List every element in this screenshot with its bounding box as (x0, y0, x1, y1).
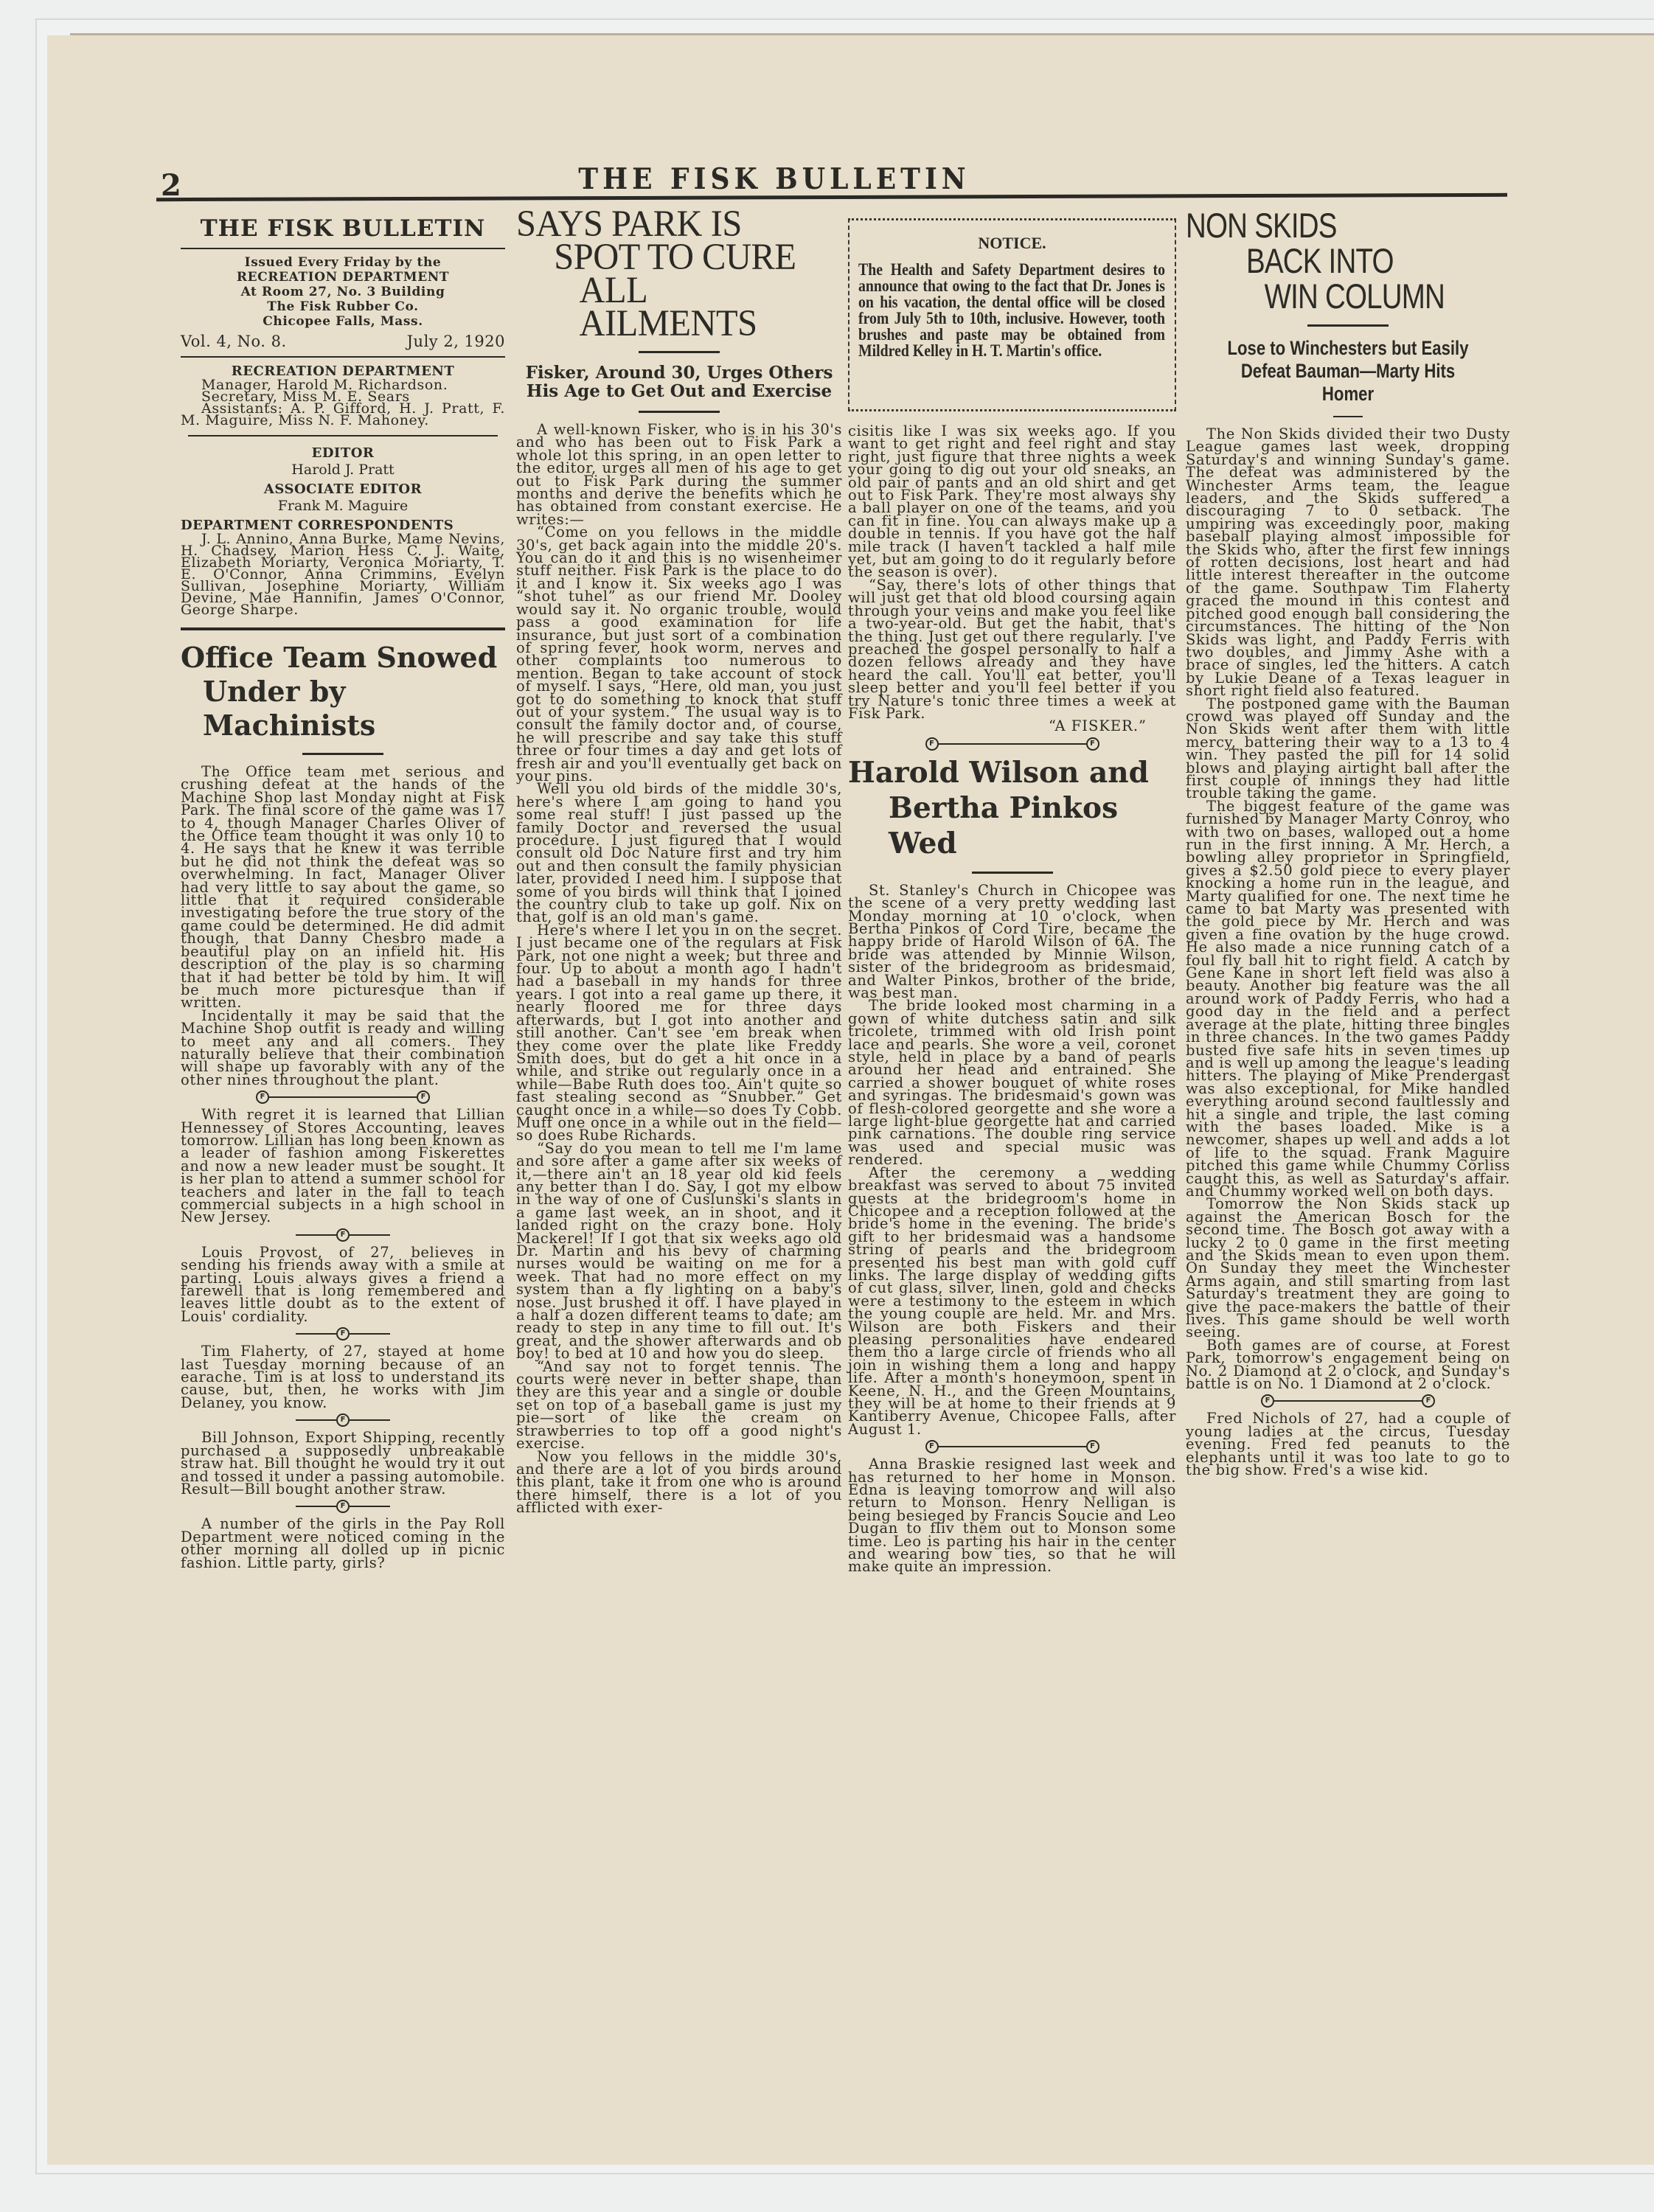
associate-editor-label: ASSOCIATE EDITOR (181, 481, 505, 497)
column-4: NON SKIDS BACK INTO WIN COLUMN Lose to W… (1186, 208, 1510, 1477)
associate-editor-name: Frank M. Maguire (181, 500, 505, 512)
publisher-line: The Fisk Rubber Co. (181, 299, 505, 314)
volume-line: Vol. 4, No. 8. July 2, 1920 (181, 333, 505, 350)
paragraph: With regret it is learned that Lillian H… (181, 1108, 505, 1224)
headline-line: ALL AILMENTS (516, 274, 826, 341)
paragraph: “Say do you mean to tell me I'm lame and… (516, 1142, 842, 1360)
headline-line: NON SKIDS (1186, 208, 1452, 243)
office-team-body: The Office team met serious and crushing… (181, 765, 505, 1086)
paragraph: “Say, there's lots of other things that … (848, 579, 1176, 720)
paragraph: A well-known Fisker, who is in his 30's … (516, 423, 842, 526)
paragraph: Incidentally it may be said that the Mac… (181, 1009, 505, 1086)
park-body: A well-known Fisker, who is in his 30's … (516, 423, 842, 1514)
brief-item: Louis Provost, of 27, believes in sendin… (181, 1246, 505, 1323)
publisher-line: RECREATION DEPARTMENT (181, 270, 505, 285)
paragraph: Tim Flaherty, of 27, stayed at home last… (181, 1345, 505, 1409)
park-subhead: Fisker, Around 30, Urges Others His Age … (516, 364, 842, 400)
running-masthead: THE FISK BULLETIN (442, 162, 1106, 196)
non-skids-body: The Non Skids divided their two Dusty Le… (1186, 428, 1510, 1390)
column-1: THE FISK BULLETIN Issued Every Friday by… (181, 208, 505, 1569)
headline-line: Harold Wilson and (848, 755, 1176, 790)
paragraph: The bride looked most charming in a gown… (848, 999, 1176, 1166)
separator: FF (181, 1091, 505, 1104)
paragraph: “And say not to forget tennis. The court… (516, 1360, 842, 1450)
correspondents-list: J. L. Annino, Anna Burke, Mame Nevins, H… (181, 533, 505, 616)
editor-name: Harold J. Pratt (181, 464, 505, 476)
separator: F (181, 1500, 505, 1513)
fisk-f-icon: F (336, 1327, 350, 1340)
fisk-f-icon: F (925, 737, 939, 751)
masthead-box-title: THE FISK BULLETIN (181, 215, 505, 242)
column-3: NOTICE. The Health and Safety Department… (848, 208, 1176, 1573)
fisk-f-icon: F (336, 1500, 350, 1513)
separator: FF (848, 737, 1176, 751)
page-content: 2 THE FISK BULLETIN THE FISK BULLETIN Is… (0, 0, 1654, 2212)
divider (181, 627, 505, 630)
fisk-f-icon: F (417, 1091, 430, 1104)
notice-body: The Health and Safety Department desires… (858, 262, 1165, 359)
paragraph: The Non Skids divided their two Dusty Le… (1186, 428, 1510, 698)
paragraph: Bill Johnson, Export Shipping, recently … (181, 1431, 505, 1495)
paragraph: A number of the girls in the Pay Roll De… (181, 1517, 505, 1569)
paragraph: Both games are of course, at Forest Park… (1186, 1339, 1510, 1391)
paragraph: “Come on you fellows in the middle 30's,… (516, 526, 842, 782)
separator: FF (848, 1440, 1176, 1453)
issue-date: July 2, 1920 (407, 333, 505, 350)
notice-title: NOTICE. (858, 234, 1166, 253)
divider (639, 351, 720, 353)
brief-item: Anna Braskie resigned last week and has … (848, 1458, 1176, 1573)
brief-item: Tim Flaherty, of 27, stayed at home last… (181, 1345, 505, 1409)
editor-label: EDITOR (181, 445, 505, 461)
divider (639, 411, 720, 413)
paragraph: Now you fellows in the middle 30's, and … (516, 1450, 842, 1514)
fisk-f-icon: F (1086, 737, 1099, 751)
office-team-headline: Office Team Snowed Under by Machinists (181, 641, 505, 742)
paragraph: St. Stanley's Church in Chicopee was the… (848, 884, 1176, 1000)
non-skids-subhead: Lose to Winchesters but Easily Defeat Ba… (1215, 337, 1481, 406)
department-staff: Manager, Harold M. Richardson. Secretary… (181, 379, 505, 426)
headline-line: Under by Machinists (181, 675, 505, 742)
park-continuation: cisitis like I was six weeks ago. If you… (848, 425, 1176, 733)
signature: “A FISKER.” (848, 720, 1176, 732)
headline-line: WIN COLUMN (1186, 279, 1452, 314)
correspondents-text: J. L. Annino, Anna Burke, Mame Nevins, H… (181, 533, 505, 616)
fisk-f-icon: F (925, 1440, 939, 1453)
paragraph: After the ceremony a wedding breakfast w… (848, 1166, 1176, 1436)
divider (1333, 416, 1363, 417)
divider (1307, 324, 1389, 327)
brief-item: A number of the girls in the Pay Roll De… (181, 1517, 505, 1569)
notice-box: NOTICE. The Health and Safety Department… (848, 218, 1176, 411)
fisk-f-icon: F (1261, 1394, 1274, 1408)
fisk-f-icon: F (1086, 1440, 1099, 1453)
fisk-f-icon: F (256, 1091, 269, 1104)
brief-item: Fred Nichols of 27, had a couple of youn… (1186, 1412, 1510, 1476)
separator: F (181, 1228, 505, 1242)
fisk-f-icon: F (336, 1413, 350, 1427)
divider (972, 872, 1053, 874)
headline-line: BACK INTO (1186, 243, 1452, 279)
separator: F (181, 1327, 505, 1340)
staff-line: Assistants: A. P. Gifford, H. J. Pratt, … (181, 403, 505, 426)
separator: F (181, 1413, 505, 1427)
headline-line: Bertha Pinkos Wed (848, 790, 1176, 861)
paragraph: Here's where I let you in on the secret.… (516, 924, 842, 1142)
brief-item: Bill Johnson, Export Shipping, recently … (181, 1431, 505, 1495)
paragraph: The postponed game with the Bauman crowd… (1186, 698, 1510, 800)
volume-number: Vol. 4, No. 8. (181, 333, 287, 350)
park-headline: SAYS PARK IS SPOT TO CURE ALL AILMENTS (516, 208, 826, 341)
paragraph: Anna Braskie resigned last week and has … (848, 1458, 1176, 1573)
divider (181, 356, 505, 358)
non-skids-headline: NON SKIDS BACK INTO WIN COLUMN (1186, 208, 1452, 314)
fisk-f-icon: F (336, 1228, 350, 1242)
publisher-info: Issued Every Friday by the RECREATION DE… (181, 255, 505, 329)
wedding-headline: Harold Wilson and Bertha Pinkos Wed (848, 755, 1176, 861)
paragraph: The biggest feature of the game was furn… (1186, 800, 1510, 1198)
separator: FF (1186, 1394, 1510, 1408)
divider (302, 753, 383, 755)
divider (188, 435, 498, 437)
fisk-f-icon: F (1422, 1394, 1435, 1408)
publisher-line: Chicopee Falls, Mass. (181, 314, 505, 329)
paragraph: cisitis like I was six weeks ago. If you… (848, 425, 1176, 579)
paragraph: Well you old birds of the middle 30's, h… (516, 782, 842, 923)
paragraph: The Office team met serious and crushing… (181, 765, 505, 1009)
brief-item: With regret it is learned that Lillian H… (181, 1108, 505, 1224)
publisher-line: Issued Every Friday by the (181, 255, 505, 270)
paragraph: Fred Nichols of 27, had a couple of youn… (1186, 1412, 1510, 1476)
headline-line: Office Team Snowed (181, 641, 505, 675)
wedding-body: St. Stanley's Church in Chicopee was the… (848, 884, 1176, 1436)
paragraph: Louis Provost, of 27, believes in sendin… (181, 1246, 505, 1323)
publisher-line: At Room 27, No. 3 Building (181, 285, 505, 299)
headline-line: SPOT TO CURE (516, 241, 826, 274)
column-2: SAYS PARK IS SPOT TO CURE ALL AILMENTS F… (516, 208, 842, 1514)
divider (181, 248, 505, 249)
paragraph: Tomorrow the Non Skids stack up against … (1186, 1197, 1510, 1338)
